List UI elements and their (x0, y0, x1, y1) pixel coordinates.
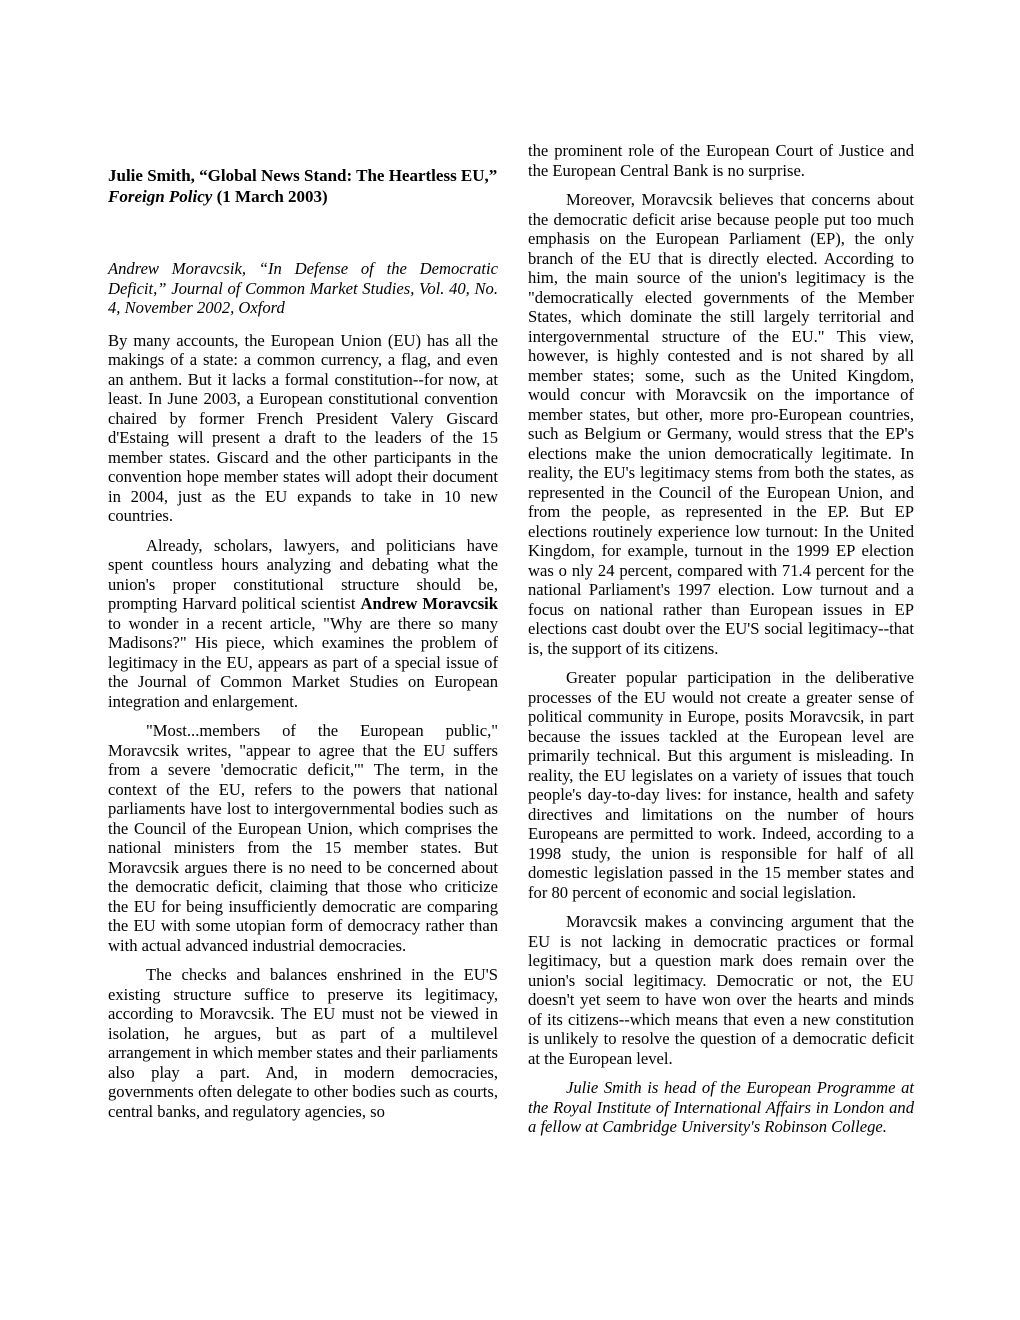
author-name-bold: Andrew Moravcsik (361, 594, 499, 613)
paragraph-left-2-post: to wonder in a recent article, "Why are … (108, 614, 498, 711)
heading-date: (1 March 2003) (212, 187, 327, 206)
paragraph-right-4: Moravcsik makes a convincing argument th… (528, 912, 914, 1068)
heading-journal-name: Foreign Policy (108, 187, 212, 206)
paragraph-left-1: By many accounts, the European Union (EU… (108, 331, 498, 526)
document-page: Julie Smith, “Global News Stand: The Hea… (0, 0, 1020, 1320)
left-column: Julie Smith, “Global News Stand: The Hea… (108, 141, 498, 1131)
right-column: the prominent role of the European Court… (528, 141, 914, 1147)
author-bio: Julie Smith is head of the European Prog… (528, 1078, 914, 1137)
paragraph-left-4: The checks and balances enshrined in the… (108, 965, 498, 1121)
paragraph-right-2: Moreover, Moravcsik believes that concer… (528, 190, 914, 658)
paragraph-right-3: Greater popular participation in the del… (528, 668, 914, 902)
paragraph-left-2: Already, scholars, lawyers, and politici… (108, 536, 498, 712)
article-heading: Julie Smith, “Global News Stand: The Hea… (108, 165, 498, 207)
heading-line1: Julie Smith, “Global News Stand: The Hea… (108, 166, 497, 185)
paragraph-right-1: the prominent role of the European Court… (528, 141, 914, 180)
source-citation: Andrew Moravcsik, “In Defense of the Dem… (108, 259, 498, 318)
paragraph-left-3: "Most...members of the European public,"… (108, 721, 498, 955)
